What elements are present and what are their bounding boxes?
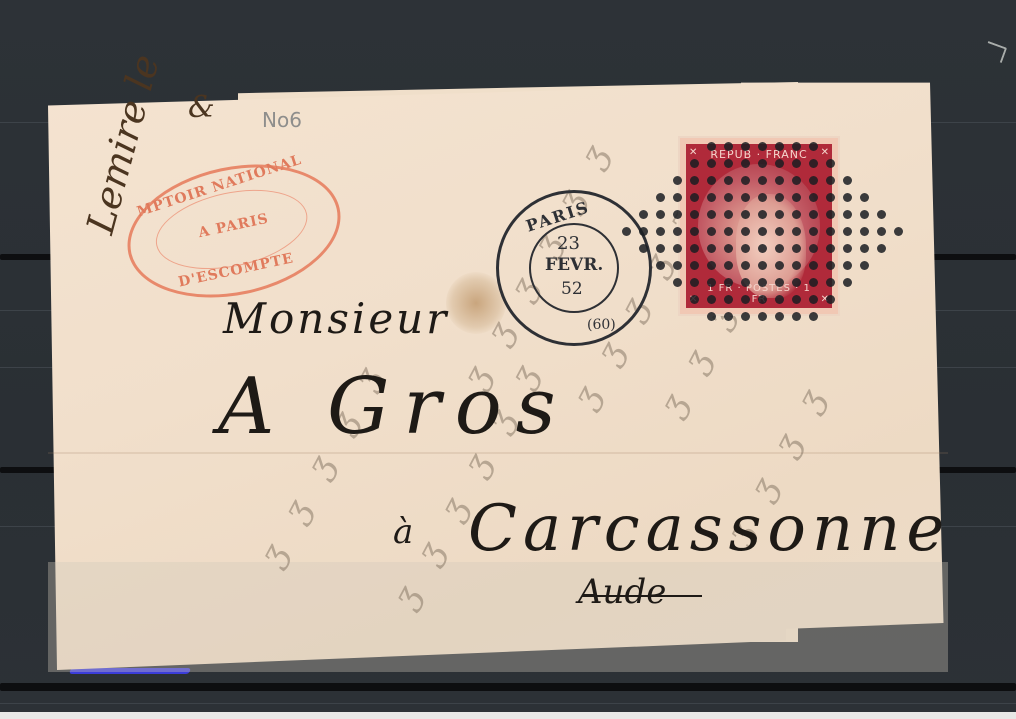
cancel-dot (707, 210, 716, 219)
cancel-dot (775, 244, 784, 253)
cancel-dot (690, 176, 699, 185)
cancel-dot (758, 244, 767, 253)
cancel-dot (656, 227, 665, 236)
cancel-dot (656, 244, 665, 253)
cancel-dot (724, 244, 733, 253)
cancel-dot (673, 193, 682, 202)
cancel-dot (775, 278, 784, 287)
cancel-dot (792, 176, 801, 185)
cancel-dot (690, 193, 699, 202)
address-city: Carcassonne (468, 492, 950, 566)
cancel-dot (775, 193, 784, 202)
cancel-dot (843, 227, 852, 236)
cancel-dot (758, 210, 767, 219)
postmark-office-number: (60) (587, 317, 616, 333)
cancel-dot (792, 295, 801, 304)
cancel-dot (724, 227, 733, 236)
cancel-dot (775, 142, 784, 151)
cancel-dot (809, 142, 818, 151)
cancel-dot (741, 210, 750, 219)
cancel-dot (826, 244, 835, 253)
cancel-dot (639, 210, 648, 219)
stockcard-strip (0, 683, 1016, 691)
cancel-dot (741, 227, 750, 236)
cancel-dot (707, 295, 716, 304)
cancel-dot (724, 278, 733, 287)
cancel-dot (707, 142, 716, 151)
cancel-dot (724, 193, 733, 202)
cancel-dot (809, 295, 818, 304)
cancel-dot (792, 227, 801, 236)
cancel-dot (673, 278, 682, 287)
corner-cross-icon: ✕ (821, 147, 829, 158)
cancel-dot (741, 295, 750, 304)
cancel-dot (724, 159, 733, 168)
cancel-dot (826, 278, 835, 287)
cancel-dot (877, 227, 886, 236)
cancel-dot (656, 193, 665, 202)
cancel-dot (894, 227, 903, 236)
cancel-dot (860, 193, 869, 202)
cancel-dot (792, 159, 801, 168)
paris-postmark: PARIS 23 FEVR. 52 (60) (496, 190, 652, 346)
cancel-dot (639, 227, 648, 236)
cancel-dot (707, 244, 716, 253)
cancel-dot (877, 210, 886, 219)
address-name: A Gros (218, 362, 570, 452)
cancel-dot (809, 244, 818, 253)
cancel-dot (809, 210, 818, 219)
cancel-dot (724, 295, 733, 304)
cancel-dot (792, 278, 801, 287)
cancel-dot (758, 142, 767, 151)
cancel-dot (775, 261, 784, 270)
address-department: Aude (578, 572, 666, 612)
cancel-dot (860, 244, 869, 253)
cancel-dot (792, 244, 801, 253)
cancel-dot (673, 227, 682, 236)
cancel-dot (809, 159, 818, 168)
cancel-dot (656, 261, 665, 270)
cancel-dot (622, 227, 631, 236)
cancel-dot (724, 142, 733, 151)
cancel-dot (656, 210, 665, 219)
card-bottom-edge (0, 712, 1016, 719)
cancel-dot (690, 159, 699, 168)
underline-flourish (582, 595, 702, 597)
cancel-dot (809, 261, 818, 270)
postmark-year: 52 (561, 279, 583, 299)
marginal-fragment: & (188, 90, 215, 125)
cancel-dot (707, 193, 716, 202)
cancel-dot (741, 312, 750, 321)
cancel-dot (843, 176, 852, 185)
cancel-dot (826, 261, 835, 270)
cancel-dot (792, 193, 801, 202)
cancel-dot (826, 227, 835, 236)
cancel-dot (673, 210, 682, 219)
cancel-dot (707, 227, 716, 236)
cancel-dot (758, 261, 767, 270)
cancel-dot (741, 159, 750, 168)
cancel-dot (758, 193, 767, 202)
cancel-dot (775, 159, 784, 168)
cancel-dot (707, 312, 716, 321)
cancel-dot (639, 244, 648, 253)
cancel-dot (741, 193, 750, 202)
cancel-dot (860, 261, 869, 270)
cancel-dot (809, 227, 818, 236)
cancel-dot (741, 176, 750, 185)
address-salutation: Monsieur (223, 294, 449, 343)
cancel-dot (690, 210, 699, 219)
cancel-dot (809, 278, 818, 287)
cancel-dot (843, 261, 852, 270)
cancel-dot (809, 176, 818, 185)
cancel-dot (724, 176, 733, 185)
cancel-dot (775, 176, 784, 185)
cancel-dot (792, 210, 801, 219)
address-preposition: à (393, 512, 413, 552)
paper-shading (48, 562, 948, 672)
cancel-dot (741, 261, 750, 270)
cancel-dot (809, 193, 818, 202)
cancel-dot (673, 176, 682, 185)
cancel-dot (860, 227, 869, 236)
cancel-dot (775, 312, 784, 321)
cancel-dot (707, 159, 716, 168)
cancel-dot (758, 312, 767, 321)
cancel-dot (690, 244, 699, 253)
cancel-dot (843, 278, 852, 287)
cancel-dot (809, 312, 818, 321)
cancel-dot (707, 261, 716, 270)
cancel-dot (826, 193, 835, 202)
pencil-annotation: No6 (262, 108, 302, 132)
cancel-dot (724, 261, 733, 270)
cancel-dot (758, 176, 767, 185)
cancel-dot (741, 278, 750, 287)
cancel-dot (690, 278, 699, 287)
cancel-dot (741, 142, 750, 151)
cancel-dot (826, 176, 835, 185)
cancel-dot (792, 261, 801, 270)
cancel-dot (877, 244, 886, 253)
cancel-dot (690, 261, 699, 270)
cancel-dot (758, 278, 767, 287)
cancel-dot (673, 244, 682, 253)
cancel-dot (707, 176, 716, 185)
cancel-dot (758, 295, 767, 304)
cancel-dot (860, 210, 869, 219)
cancel-dot (724, 210, 733, 219)
cancel-dot (741, 244, 750, 253)
cancel-dot (826, 159, 835, 168)
letter-cover: ʒ ʒ ʒ ʒ ʒ ʒ ʒ ʒ ʒ ʒ ʒ ʒ ʒ ʒ ʒ ʒ ʒ ʒ ʒ ʒ … (48, 82, 948, 670)
cancel-dot (758, 159, 767, 168)
cancel-dot (792, 142, 801, 151)
cancel-dot (690, 227, 699, 236)
stockcard-line (0, 703, 1016, 704)
cancel-dot (826, 295, 835, 304)
cancel-dot (724, 312, 733, 321)
cancel-dot (775, 210, 784, 219)
cancel-dot (843, 244, 852, 253)
cancel-dot (758, 227, 767, 236)
postmark-day: 23 (557, 233, 580, 254)
cancel-dot (826, 210, 835, 219)
cancel-dot (690, 295, 699, 304)
cancel-dot (673, 261, 682, 270)
cancel-dot (843, 193, 852, 202)
cancel-dot (843, 210, 852, 219)
corner-cross-icon: ✕ (689, 147, 697, 158)
cancel-dot (707, 278, 716, 287)
cancel-dot (775, 295, 784, 304)
cancel-dot (792, 312, 801, 321)
cancel-dot (775, 227, 784, 236)
postmark-month: FEVR. (545, 255, 603, 275)
